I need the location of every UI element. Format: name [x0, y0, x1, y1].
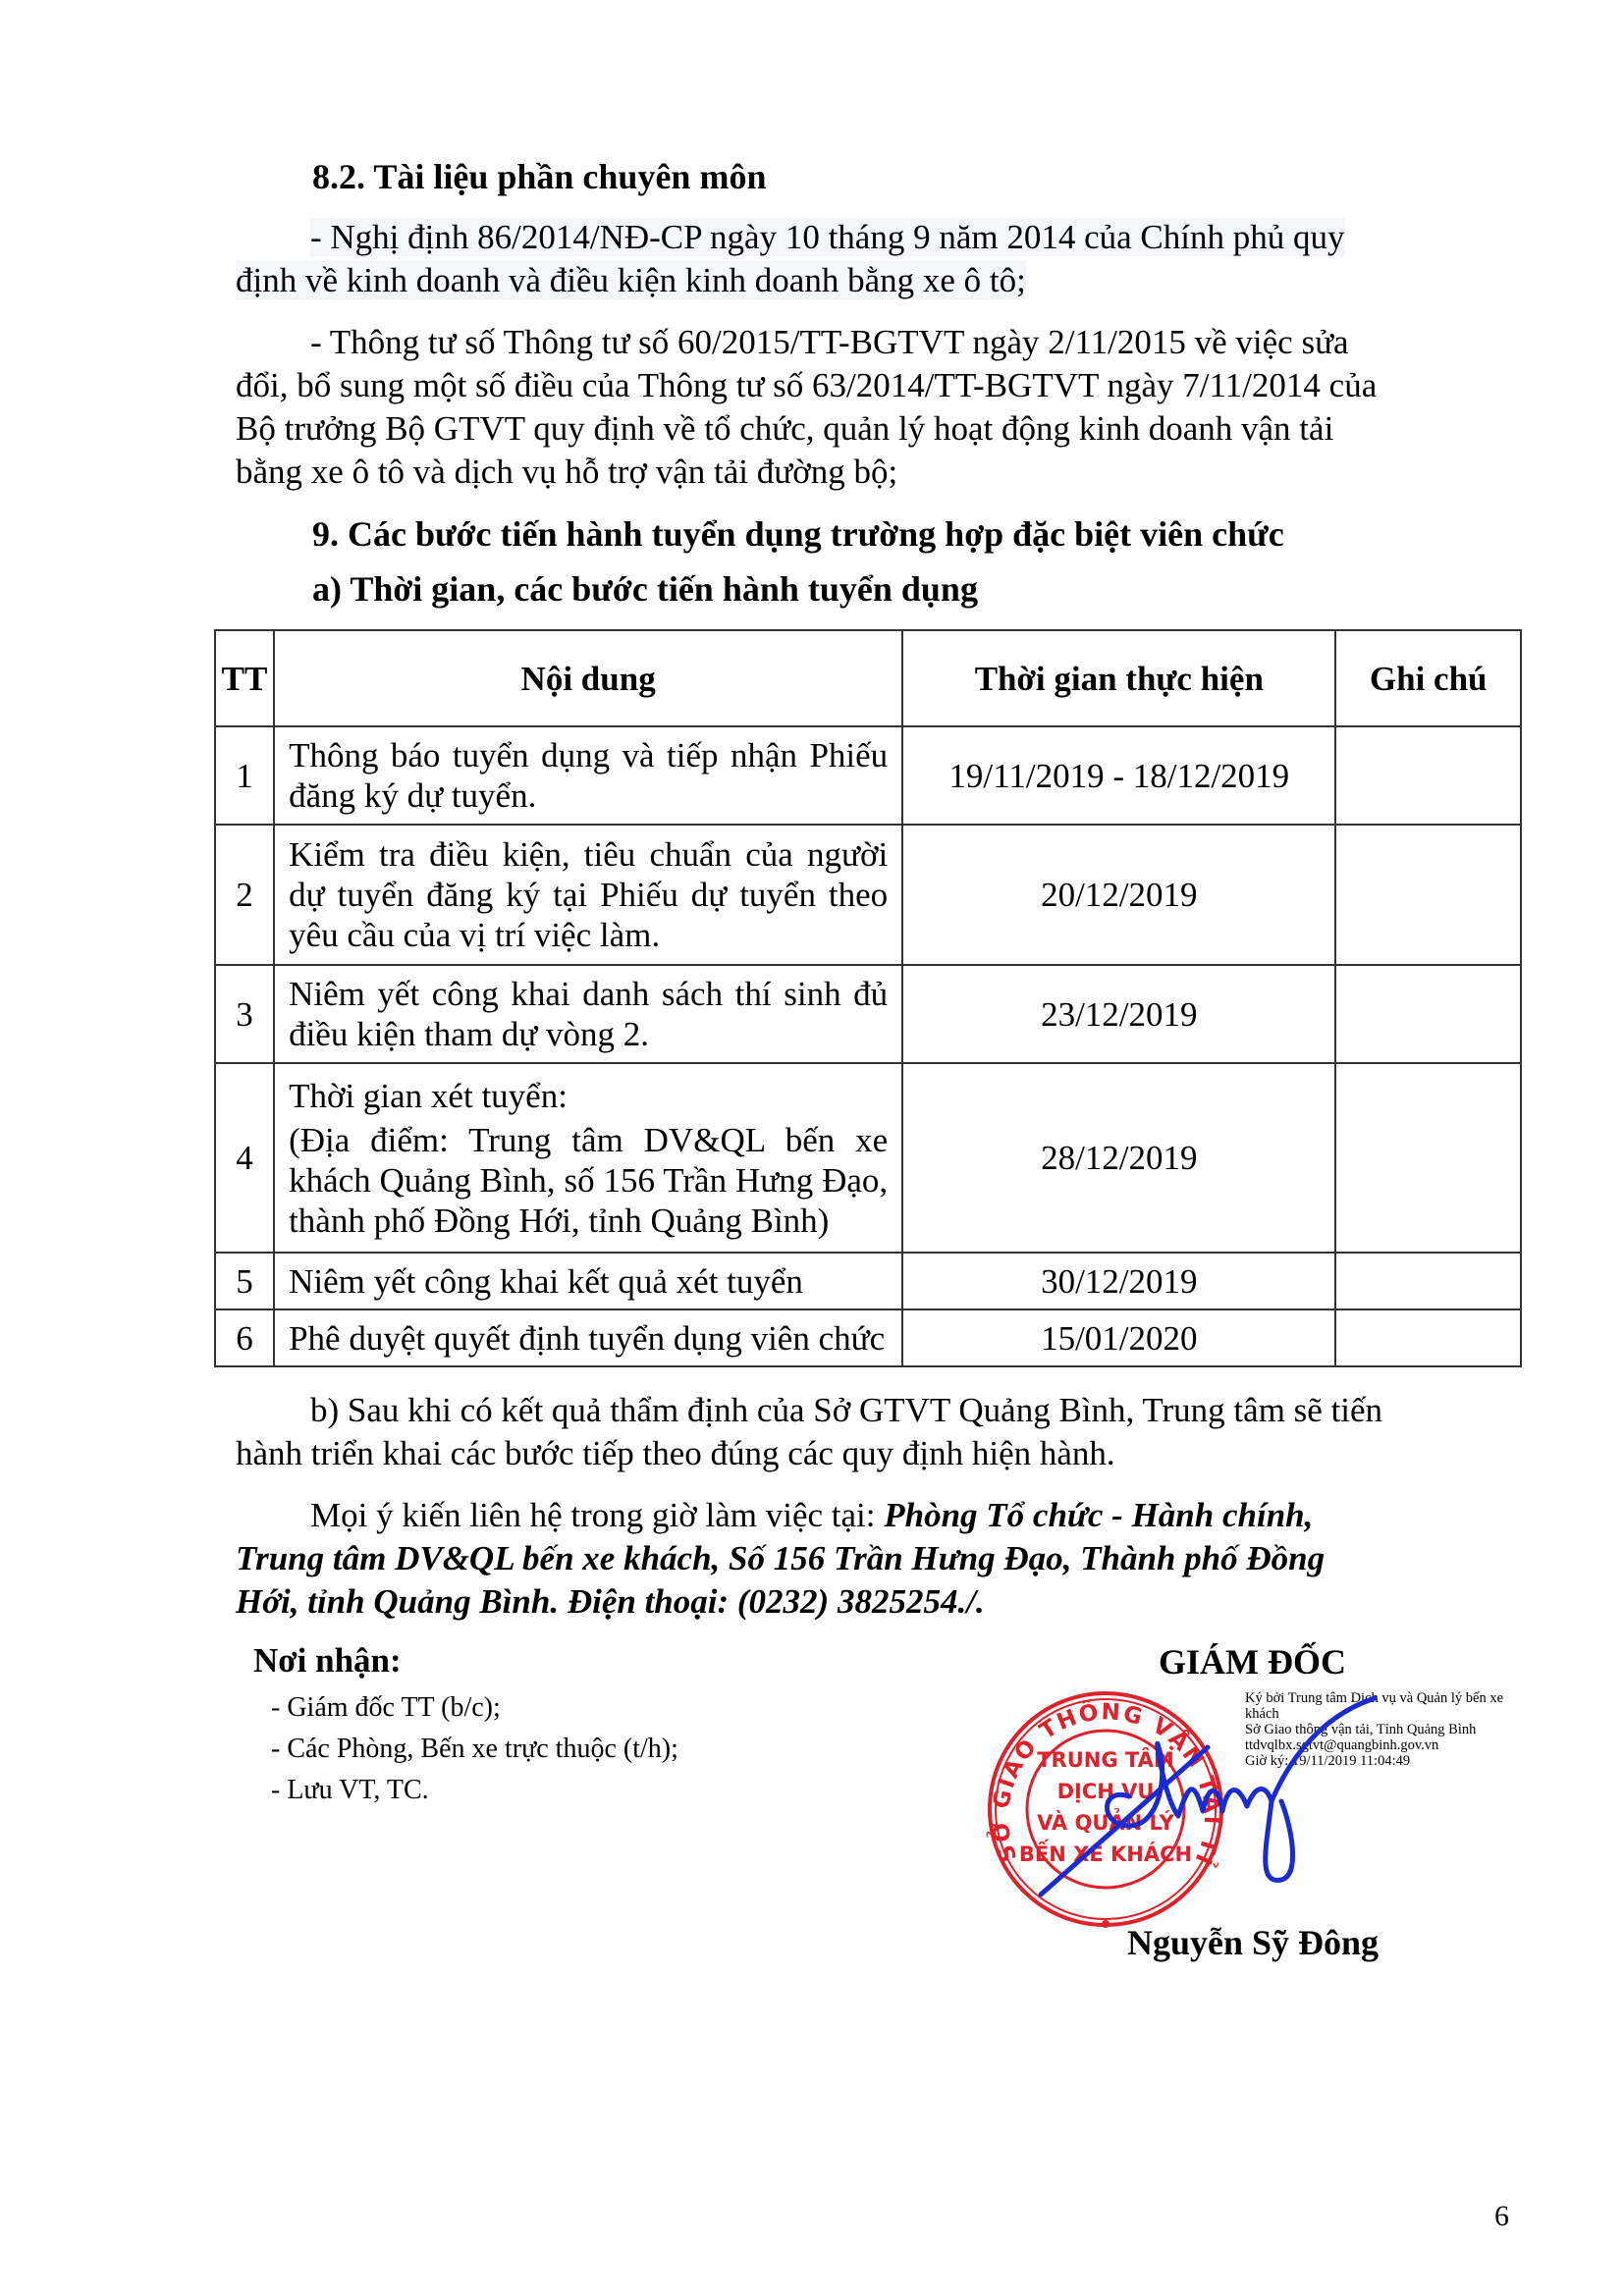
doc-item-1-text-1: - Nghị định 86/2014/NĐ-CP ngày 10 tháng …	[310, 218, 1345, 256]
cell-time: 23/12/2019	[902, 965, 1335, 1063]
cell-tt: 4	[215, 1063, 274, 1253]
cell-content: Kiểm tra điều kiện, tiêu chuẩn của người…	[274, 825, 902, 965]
cell-content: Thông báo tuyển dụng và tiếp nhận Phiếu …	[274, 726, 902, 825]
contact-line-3: Hới, tỉnh Quảng Bình. Điện thoại: (0232)…	[236, 1580, 985, 1624]
cell-tt: 1	[215, 726, 274, 825]
subheading-a: a) Thời gian, các bước tiến hành tuyển d…	[312, 567, 978, 611]
content-line: điều kiện tham dự vòng 2.	[289, 1014, 888, 1054]
cell-time: 28/12/2019	[902, 1063, 1335, 1253]
cell-content: Thời gian xét tuyển: (Địa điểm: Trung tâ…	[274, 1063, 902, 1253]
content-line: Kiểm tra điều kiện, tiêu chuẩn của người	[289, 834, 888, 875]
content-line: Niêm yết công khai kết quả xét tuyển	[289, 1261, 888, 1302]
content-line: Phê duyệt quyết định tuyển dụng viên chứ…	[289, 1318, 888, 1359]
cell-note	[1335, 1253, 1521, 1309]
content-line: Thông báo tuyển dụng và tiếp nhận Phiếu	[289, 735, 888, 775]
handwritten-signature-icon	[1021, 1688, 1434, 1914]
cell-note	[1335, 726, 1521, 825]
document-page: 8.2. Tài liệu phần chuyên môn - Nghị địn…	[0, 0, 1624, 2296]
page-number: 6	[1494, 2200, 1509, 2233]
cell-note	[1335, 825, 1521, 965]
cell-time: 15/01/2020	[902, 1309, 1335, 1366]
cell-time: 30/12/2019	[902, 1253, 1335, 1309]
table-row: 6 Phê duyệt quyết định tuyển dụng viên c…	[215, 1309, 1521, 1366]
doc-item-1-text-2: định về kinh doanh và điều kiện kinh doa…	[236, 261, 1026, 299]
contact-department: Phòng Tổ chức - Hành chính,	[884, 1496, 1313, 1534]
section-heading-9: 9. Các bước tiến hành tuyển dụng trường …	[312, 512, 1284, 556]
doc-item-1-line-1: - Nghị định 86/2014/NĐ-CP ngày 10 tháng …	[310, 216, 1345, 259]
cell-content: Phê duyệt quyết định tuyển dụng viên chứ…	[274, 1309, 902, 1366]
contact-intro: Mọi ý kiến liên hệ trong giờ làm việc tạ…	[310, 1496, 884, 1534]
cell-note	[1335, 1309, 1521, 1366]
signer-name: Nguyễn Sỹ Đông	[1127, 1922, 1379, 1963]
content-line: Niêm yết công khai danh sách thí sinh đủ	[289, 974, 888, 1014]
header-time: Thời gian thực hiện	[902, 630, 1335, 726]
doc-item-1-line-2: định về kinh doanh và điều kiện kinh doa…	[236, 259, 1026, 302]
table-row: 4 Thời gian xét tuyển: (Địa điểm: Trung …	[215, 1063, 1521, 1253]
cell-content: Niêm yết công khai danh sách thí sinh đủ…	[274, 965, 902, 1063]
cell-time: 20/12/2019	[902, 825, 1335, 965]
content-line: thành phố Đồng Hới, tỉnh Quảng Bình)	[289, 1201, 888, 1241]
section-heading-8-2: 8.2. Tài liệu phần chuyên môn	[312, 155, 766, 198]
cell-tt: 2	[215, 825, 274, 965]
doc-item-2-line-3: Bộ trưởng Bộ GTVT quy định về tổ chức, q…	[236, 407, 1333, 451]
table-header-row: TT Nội dung Thời gian thực hiện Ghi chú	[215, 630, 1521, 726]
contact-line-2: Trung tâm DV&QL bến xe khách, Số 156 Trầ…	[236, 1537, 1325, 1580]
header-tt: TT	[215, 630, 274, 726]
doc-item-2-line-4: bằng xe ô tô và dịch vụ hỗ trợ vận tải đ…	[236, 451, 897, 494]
content-line: dự tuyển đăng ký tại Phiếu dự tuyển theo	[289, 875, 888, 915]
table-row: 1 Thông báo tuyển dụng và tiếp nhận Phiế…	[215, 726, 1521, 825]
content-line: (Địa điểm: Trung tâm DV&QL bến xe	[289, 1120, 888, 1160]
para-b-line-1: b) Sau khi có kết quả thẩm định của Sở G…	[310, 1389, 1382, 1432]
table-row: 2 Kiểm tra điều kiện, tiêu chuẩn của ngư…	[215, 825, 1521, 965]
cell-tt: 3	[215, 965, 274, 1063]
table-row: 3 Niêm yết công khai danh sách thí sinh …	[215, 965, 1521, 1063]
header-content: Nội dung	[274, 630, 902, 726]
content-line: khách Quảng Bình, số 156 Trần Hưng Đạo,	[289, 1160, 888, 1201]
cell-tt: 6	[215, 1309, 274, 1366]
header-note: Ghi chú	[1335, 630, 1521, 726]
para-b-line-2: hành triển khai các bước tiếp theo đúng …	[236, 1432, 1115, 1475]
cell-time: 19/11/2019 - 18/12/2019	[902, 726, 1335, 825]
cell-note	[1335, 965, 1521, 1063]
contact-line-1: Mọi ý kiến liên hệ trong giờ làm việc tạ…	[310, 1494, 1313, 1537]
table-row: 5 Niêm yết công khai kết quả xét tuyển 3…	[215, 1253, 1521, 1309]
cell-tt: 5	[215, 1253, 274, 1309]
content-line: Thời gian xét tuyển:	[289, 1076, 888, 1116]
content-line: đăng ký dự tuyển.	[289, 775, 888, 816]
cell-note	[1335, 1063, 1521, 1253]
recruitment-steps-table: TT Nội dung Thời gian thực hiện Ghi chú …	[214, 629, 1522, 1367]
cell-content: Niêm yết công khai kết quả xét tuyển	[274, 1253, 902, 1309]
recipients-title: Nơi nhận:	[253, 1641, 402, 1681]
doc-item-2-line-1: - Thông tư số Thông tư số 60/2015/TT-BGT…	[310, 321, 1349, 364]
content-line: yêu cầu của vị trí việc làm.	[289, 915, 888, 955]
doc-item-2-line-2: đổi, bổ sung một số điều của Thông tư số…	[236, 364, 1377, 407]
recipient-item: - Lưu VT, TC.	[271, 1775, 429, 1806]
recipient-item: - Các Phòng, Bến xe trực thuộc (t/h);	[271, 1734, 678, 1765]
recipient-item: - Giám đốc TT (b/c);	[271, 1692, 501, 1724]
